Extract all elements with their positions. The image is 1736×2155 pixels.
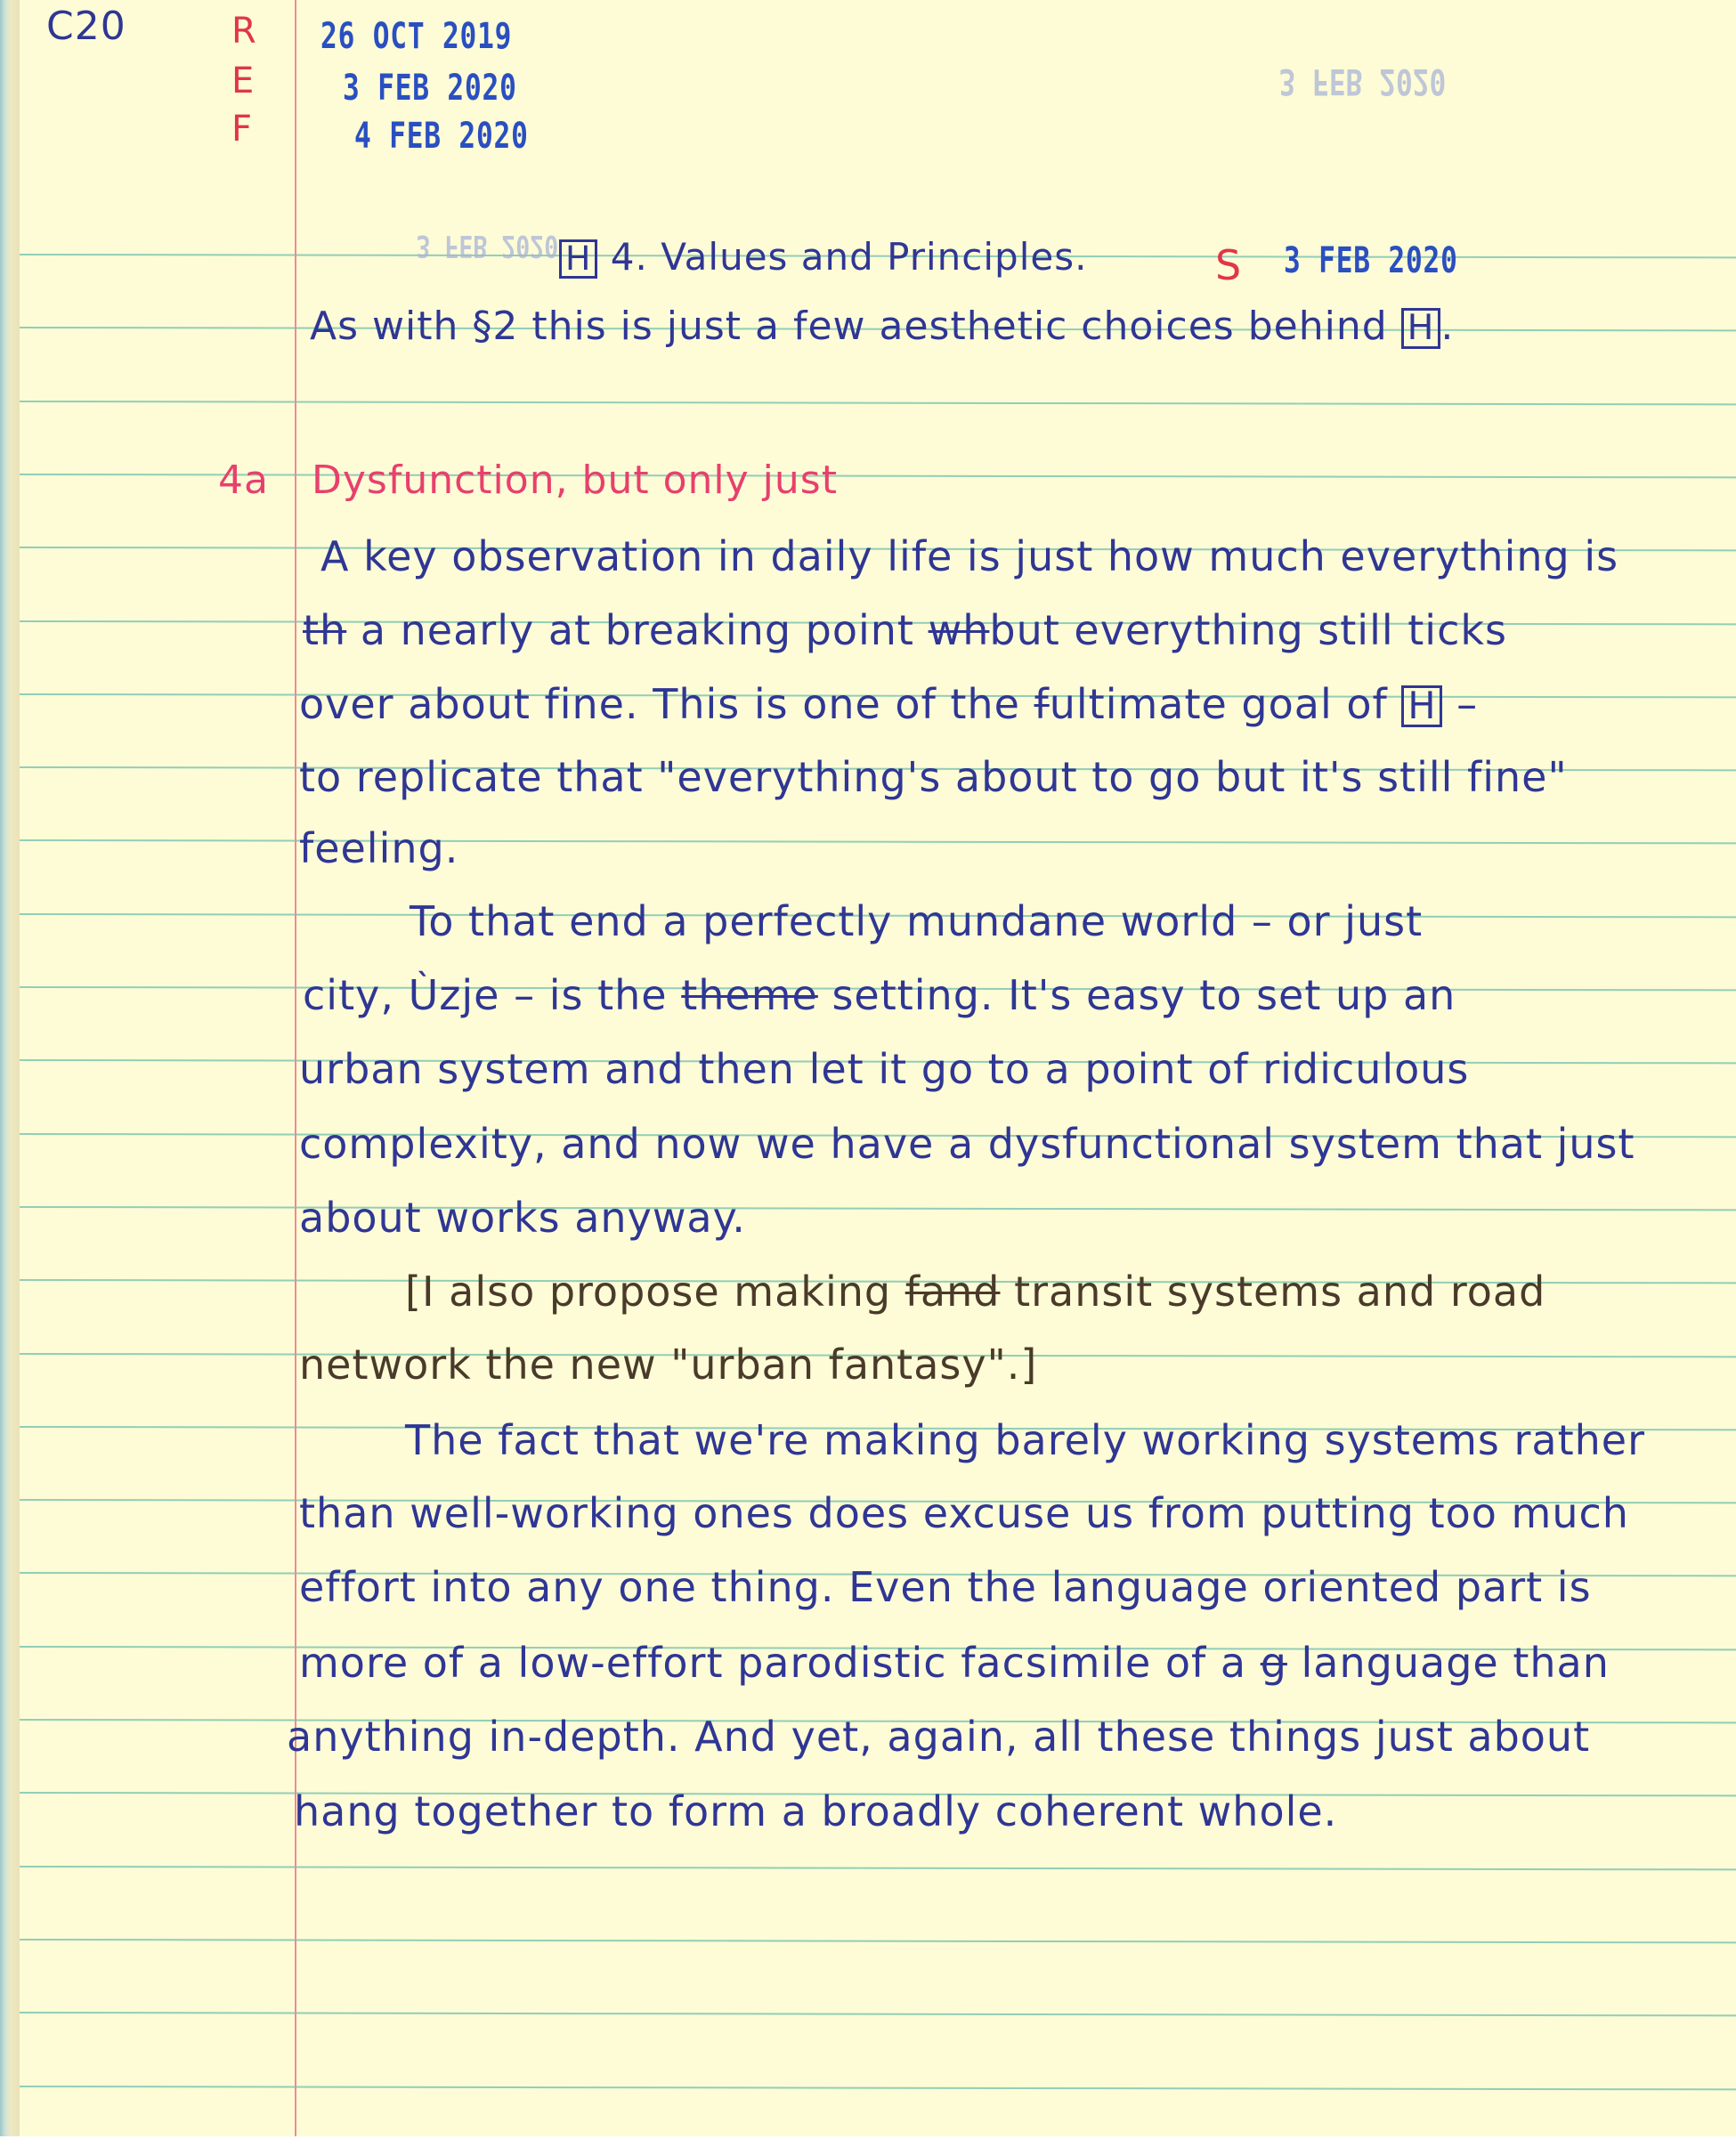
struck-text: f: [1034, 680, 1050, 728]
ruled-line: [20, 401, 1736, 405]
body-line-3-part-2: ultimate goal of: [1050, 680, 1388, 728]
status-letter: S: [1215, 245, 1242, 286]
struck-text: g: [1261, 1639, 1287, 1687]
body-line-16-part-1: more of a low-effort parodistic facsimil…: [299, 1639, 1246, 1687]
intro-period: .: [1440, 304, 1454, 349]
body-line-3: over about fine. This is one of the fult…: [299, 684, 1478, 727]
ref-letter-r: R: [231, 11, 256, 52]
body-line-15: effort into any one thing. Even the lang…: [299, 1567, 1592, 1608]
ruled-line: [20, 2012, 1736, 2016]
body-line-12: network the new "urban fantasy".]: [299, 1344, 1037, 1385]
body-line-16-part-2: language than: [1302, 1639, 1610, 1687]
section-intro-text: As with §2 this is just a few aesthetic …: [310, 304, 1388, 349]
ruled-line: [20, 1866, 1736, 1870]
body-line-11: [I also propose making fand transit syst…: [405, 1271, 1545, 1312]
ruled-line: [20, 474, 1736, 478]
subsection-number: 4a: [218, 461, 269, 500]
body-line-10: about works anyway.: [299, 1197, 746, 1238]
subsection-title: Dysfunction, but only just: [312, 461, 838, 500]
body-line-11-part-2: transit systems and road: [1014, 1268, 1545, 1316]
body-line-4: to replicate that "everything's about to…: [299, 757, 1568, 798]
intro-marker-box: H: [1401, 308, 1441, 349]
ref-date-stamp-2: 3 FEB 2020: [343, 68, 517, 109]
body-line-6: To that end a perfectly mundane world – …: [410, 901, 1423, 942]
struck-text: th: [303, 606, 346, 654]
body-line-2: th a nearly at breaking point whbut ever…: [303, 610, 1507, 651]
body-line-1: A key observation in daily life is just …: [320, 536, 1618, 577]
section-marker-box: H: [559, 239, 597, 279]
body-line-7-part-1: city, Ùzje – is the: [303, 971, 668, 1019]
notebook-page: C20 R E F 26 OCT 2019 3 FEB 2020 4 FEB 2…: [0, 0, 1736, 2136]
faint-stamp-top: 3 FEB 2020: [1278, 61, 1446, 101]
faint-stamp-heading: 3 FEB 2020: [417, 228, 559, 263]
body-line-16: more of a low-effort parodistic facsimil…: [299, 1642, 1610, 1683]
ruled-line: [20, 2086, 1736, 2090]
body-line-5: feeling.: [299, 828, 458, 869]
ref-letter-e: E: [231, 61, 254, 101]
struck-text: wh: [929, 606, 990, 654]
body-line-14: than well-working ones does excuse us fr…: [299, 1493, 1629, 1534]
ref-letter-f: F: [231, 109, 252, 150]
body-line-8: urban system and then let it go to a poi…: [299, 1049, 1469, 1090]
section-intro: As with §2 this is just a few aesthetic …: [310, 307, 1454, 349]
h-marker-box: H: [1401, 685, 1442, 727]
ref-date-stamp-1: 26 OCT 2019: [320, 16, 512, 57]
page-code: C20: [46, 7, 126, 46]
ref-date-stamp-3: 4 FEB 2020: [354, 116, 529, 157]
section-heading: H 4. Values and Principles.: [559, 239, 1087, 279]
body-line-11-part-1: [I also propose making: [405, 1268, 891, 1316]
body-line-2-part-1: a nearly at breaking point: [361, 606, 914, 654]
body-line-13: The fact that we're making barely workin…: [405, 1420, 1645, 1461]
body-line-7-part-2: setting. It's easy to set up an: [831, 971, 1456, 1019]
ruled-line: [20, 839, 1736, 844]
body-line-3-part-1: over about fine. This is one of the: [299, 680, 1020, 728]
page-binding-edge: [0, 0, 20, 2136]
struck-text: fand: [905, 1268, 1001, 1316]
status-date-stamp: 3 FEB 2020: [1284, 240, 1458, 281]
body-line-7: city, Ùzje – is the theme setting. It's …: [303, 975, 1456, 1016]
body-line-18: hang together to form a broadly coherent…: [294, 1791, 1337, 1832]
ruled-line: [20, 1939, 1736, 1943]
body-line-9: complexity, and now we have a dysfunctio…: [299, 1123, 1635, 1164]
body-line-2-part-2: but everything still ticks: [989, 606, 1507, 654]
body-line-17: anything in-depth. And yet, again, all t…: [287, 1716, 1590, 1757]
struck-text: theme: [681, 971, 818, 1019]
body-line-3-dash: –: [1456, 680, 1478, 728]
ruled-line: [20, 1206, 1736, 1211]
section-title: 4. Values and Principles.: [611, 235, 1088, 279]
